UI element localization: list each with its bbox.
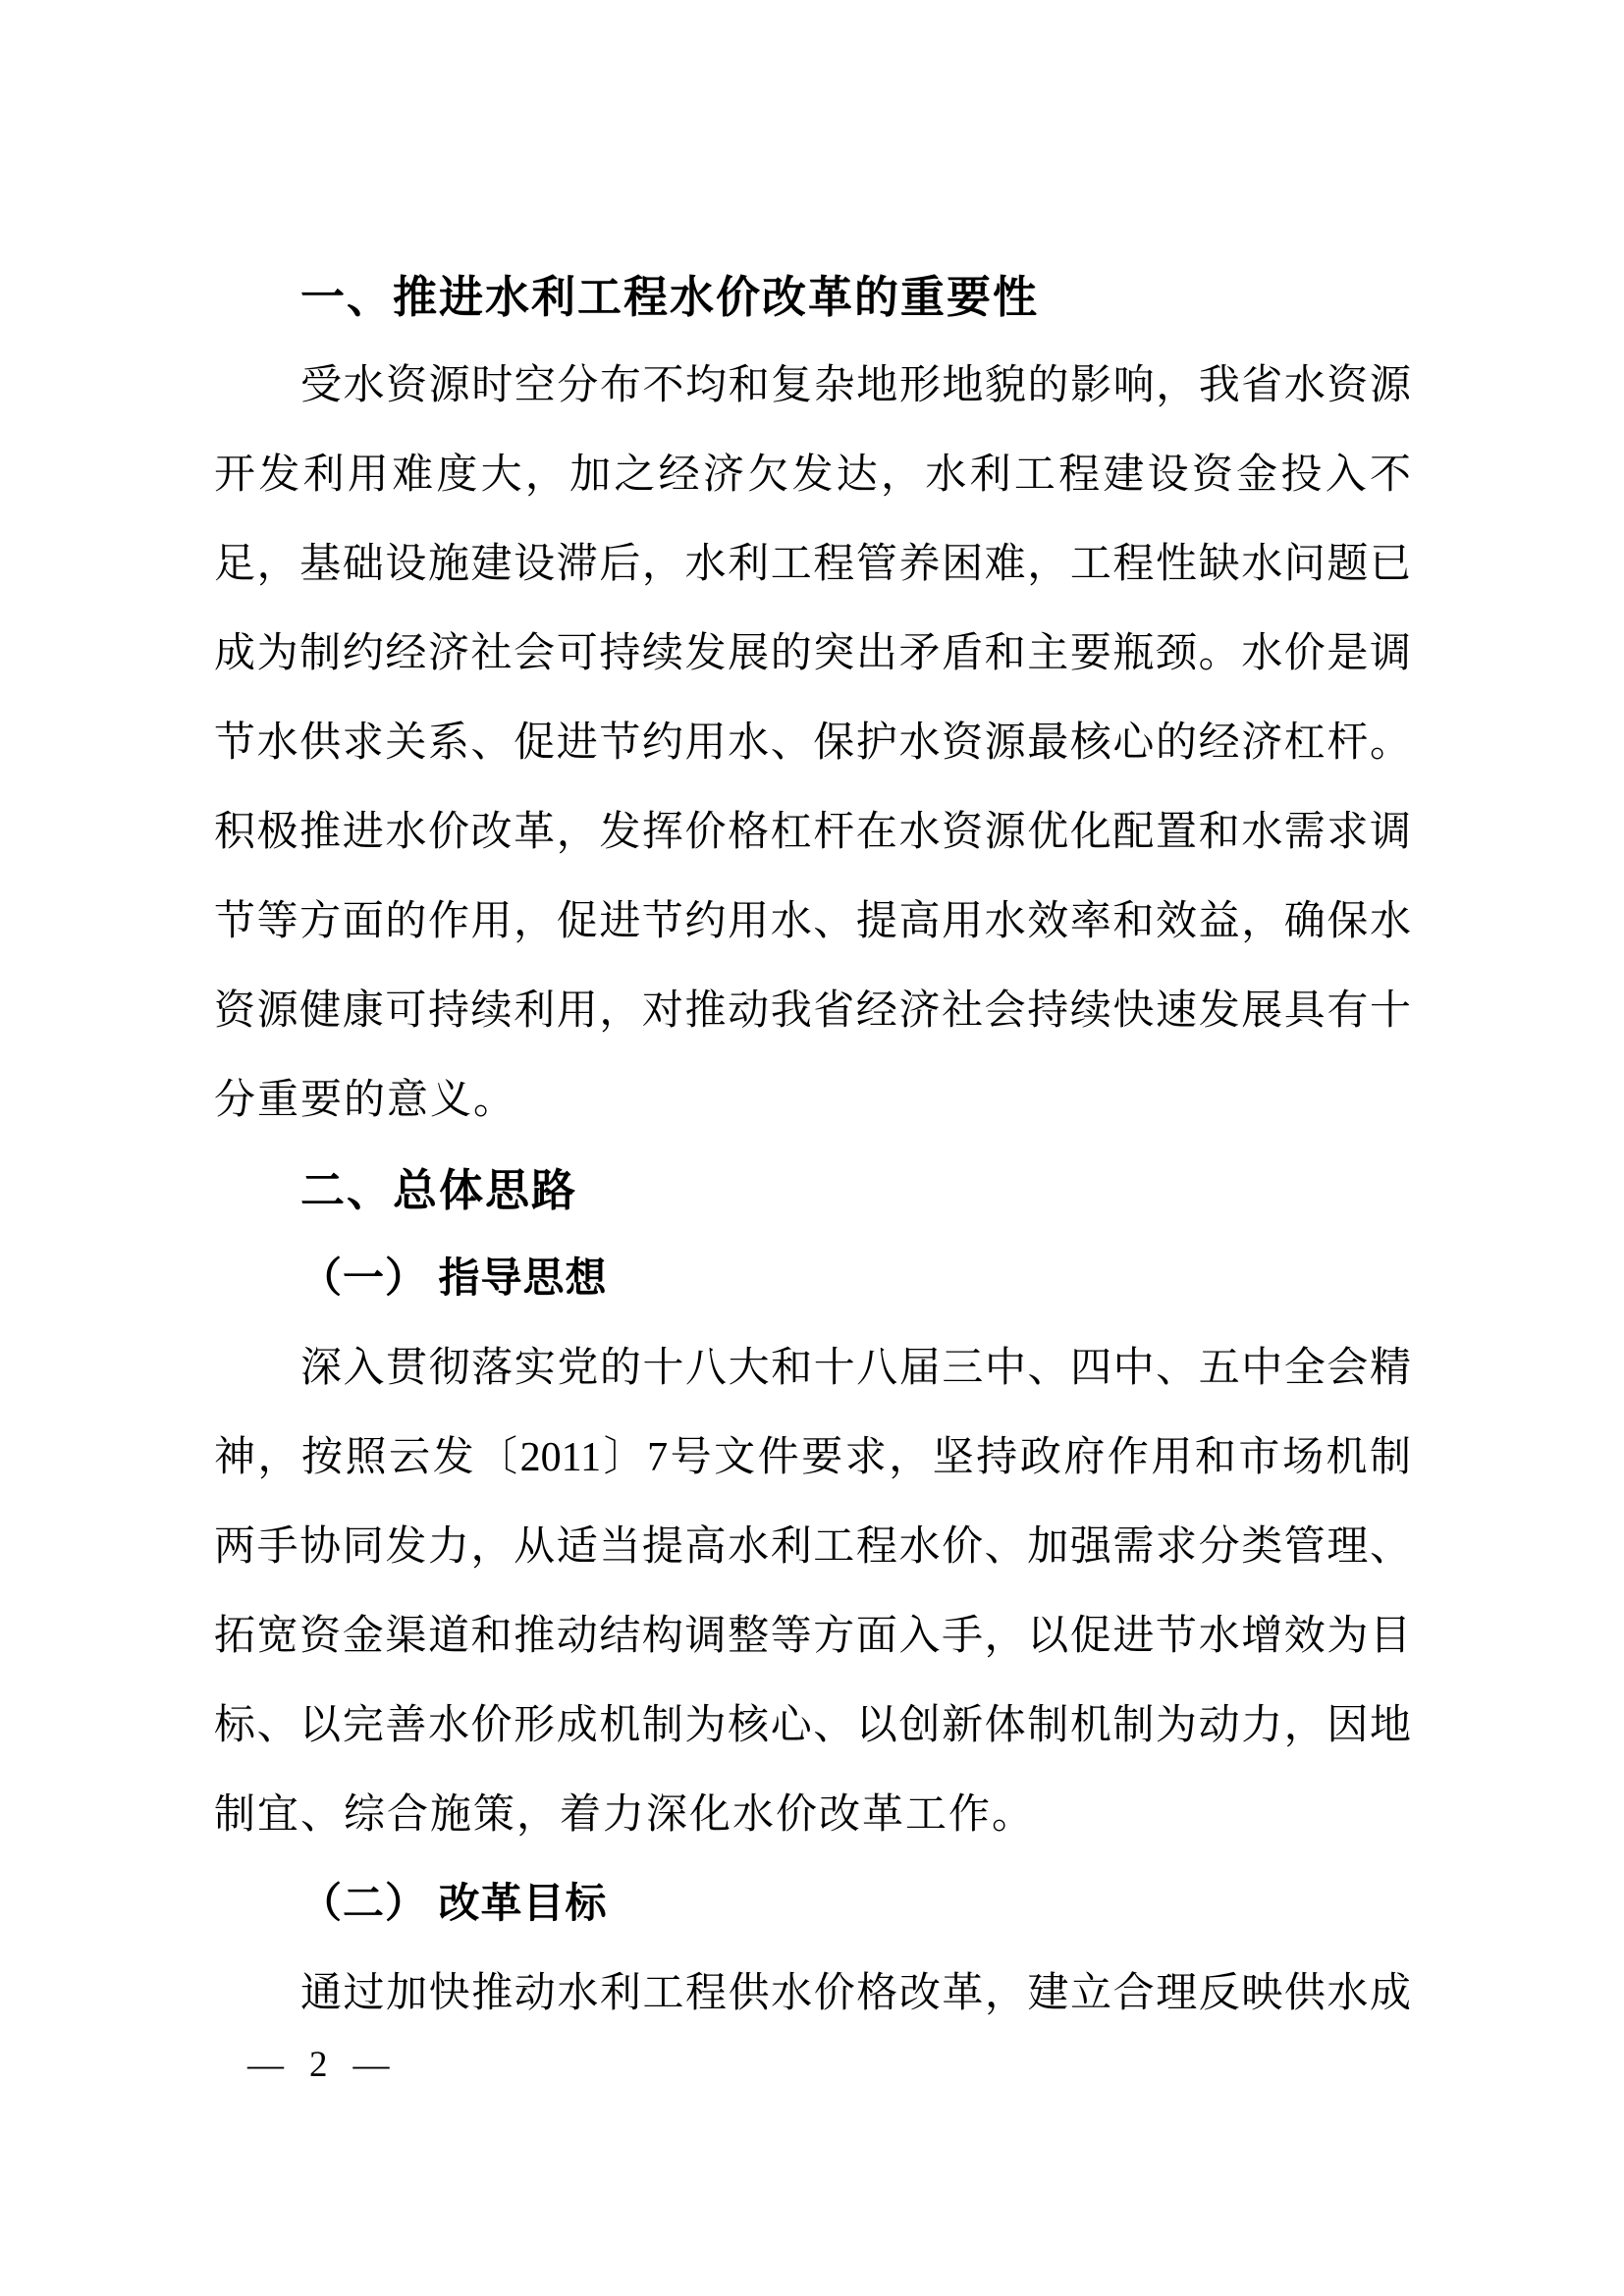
section-heading-1: 一、推进水利工程水价改革的重要性	[214, 252, 1411, 342]
page-number-footer: — 2 —	[247, 2040, 390, 2089]
section-heading-2: 二、总体思路	[214, 1146, 1411, 1235]
paragraph-1-line-1: 受水资源时空分布不均和复杂地形地貌的影响，我省水资源	[214, 342, 1411, 431]
paragraph-2-line-5: 标、以完善水价形成机制为核心、以创新体制机制为动力，因地	[214, 1682, 1411, 1771]
paragraph-2-line-1: 深入贯彻落实党的十八大和十八届三中、四中、五中全会精	[214, 1324, 1411, 1414]
paragraph-2-line-3: 两手协同发力，从适当提高水利工程水价、加强需求分类管理、	[214, 1503, 1411, 1592]
paragraph-1-line-7: 节等方面的作用，促进节约用水、提高用水效率和效益，确保水	[214, 878, 1411, 967]
document-body: 一、推进水利工程水价改革的重要性 受水资源时空分布不均和复杂地形地貌的影响，我省…	[214, 252, 1411, 2039]
paragraph-1-line-3: 足，基础设施建设滞后，水利工程管养困难，工程性缺水问题已	[214, 520, 1411, 610]
paragraph-1-line-8: 资源健康可持续利用，对推动我省经济社会持续快速发展具有十	[214, 967, 1411, 1056]
paragraph-1-line-9: 分重要的意义。	[214, 1056, 1411, 1146]
paragraph-2-line-2: 神，按照云发〔2011〕7号文件要求，坚持政府作用和市场机制	[214, 1414, 1411, 1503]
subsection-heading-2: （二） 改革目标	[214, 1860, 1411, 1949]
paragraph-1-line-4: 成为制约经济社会可持续发展的突出矛盾和主要瓶颈。水价是调	[214, 610, 1411, 699]
paragraph-2-line-6: 制宜、综合施策，着力深化水价改革工作。	[214, 1771, 1411, 1860]
page-number: 2	[309, 2044, 328, 2086]
paragraph-3-line-1: 通过加快推动水利工程供水价格改革，建立合理反映供水成	[214, 1949, 1411, 2039]
paragraph-1-line-6: 积极推进水价改革，发挥价格杠杆在水资源优化配置和水需求调	[214, 788, 1411, 878]
paragraph-1-line-5: 节水供求关系、促进节约用水、保护水资源最核心的经济杠杆。	[214, 699, 1411, 788]
paragraph-2-line-4: 拓宽资金渠道和推动结构调整等方面入手，以促进节水增效为目	[214, 1592, 1411, 1682]
subsection-heading-1: （一） 指导思想	[214, 1235, 1411, 1324]
paragraph-1-line-2: 开发利用难度大，加之经济欠发达，水利工程建设资金投入不	[214, 431, 1411, 520]
document-page: 一、推进水利工程水价改革的重要性 受水资源时空分布不均和复杂地形地貌的影响，我省…	[0, 0, 1624, 2296]
footer-left-dash: —	[247, 2044, 284, 2086]
footer-right-dash: —	[353, 2044, 390, 2086]
